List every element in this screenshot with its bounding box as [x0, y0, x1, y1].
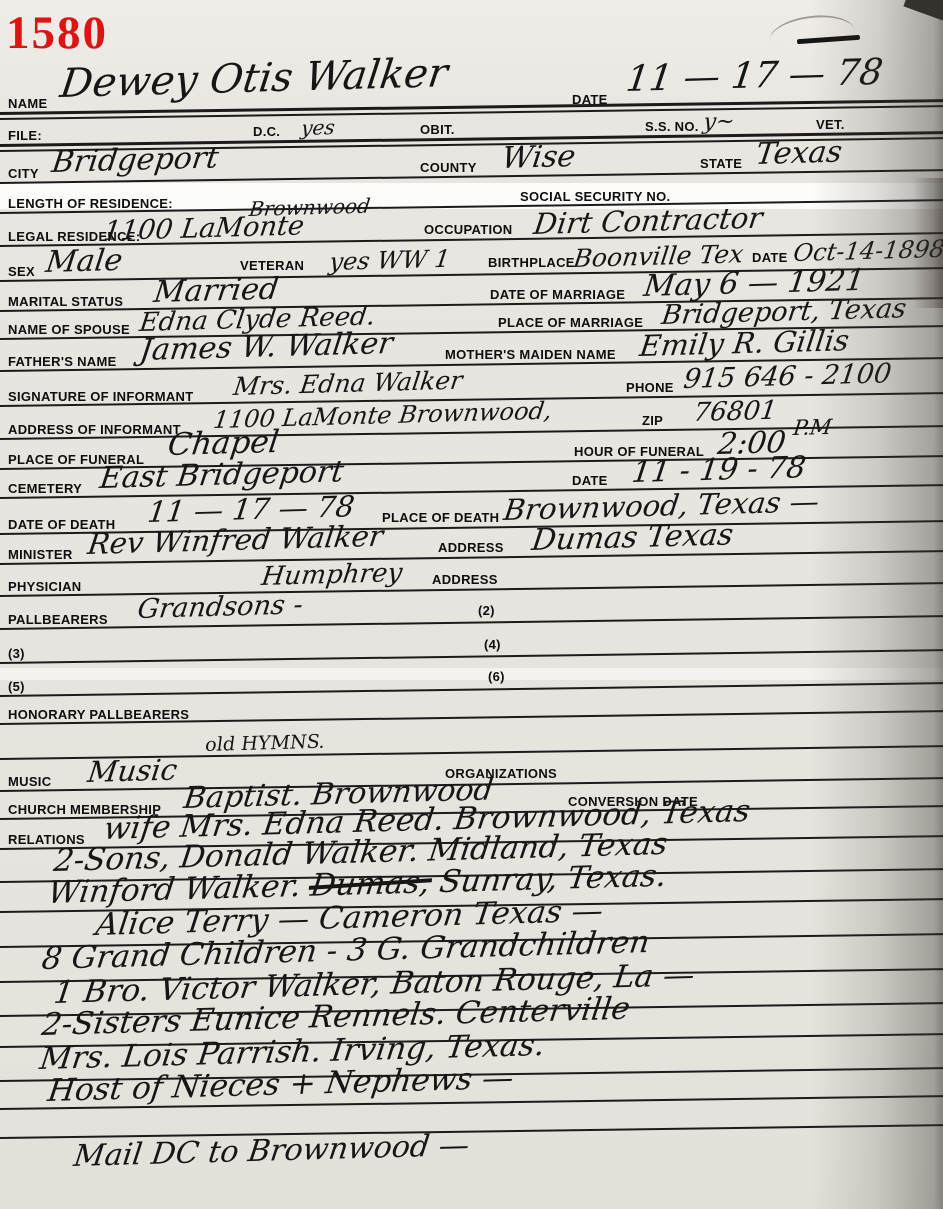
cemetery-value: East Bridgeport [98, 457, 345, 494]
pallbearer-4-label: (4) [484, 637, 501, 652]
physician-value: Humphrey [260, 560, 404, 590]
place-of-death-label: PLACE OF DEATH [382, 510, 499, 525]
veteran-value: yes WW 1 [328, 247, 452, 274]
county-value: Wise [500, 142, 577, 174]
marital-status-label: MARITAL STATUS [8, 294, 123, 309]
file-label: FILE: [8, 128, 42, 143]
birth-date-value: Oct-14-1898 [792, 237, 943, 265]
form-body: NAME Dewey Otis Walker DATE 11 — 17 — 78… [0, 0, 943, 1209]
phone-label: PHONE [626, 380, 674, 395]
birth-date-label: DATE [752, 250, 788, 265]
phone-value: 915 646 - 2100 [682, 360, 893, 393]
address-of-informant-label: ADDRESS OF INFORMANT [8, 422, 181, 437]
zip-label: ZIP [642, 413, 663, 428]
legal-residence-annotation: Brownwood [248, 196, 371, 219]
name-label: NAME [8, 96, 47, 111]
pallbearer-2-label: (2) [478, 603, 495, 618]
mothers-maiden-name-label: MOTHER'S MAIDEN NAME [445, 347, 616, 362]
city-value: Bridgeport [50, 143, 220, 178]
place-of-marriage-label: PLACE OF MARRIAGE [498, 315, 643, 330]
pallbearer-6-label: (6) [488, 669, 505, 684]
hour-of-funeral-annotation: P.M [792, 417, 833, 439]
name-of-spouse-label: NAME OF SPOUSE [8, 322, 130, 337]
pallbearer-3-label: (3) [8, 646, 25, 661]
zip-value: 76801 [692, 398, 778, 426]
sex-value: Male [44, 246, 124, 278]
funeral-date-value: 11 - 19 - 78 [630, 453, 808, 488]
pallbearers-label: PALLBEARERS [8, 612, 108, 627]
date-label: DATE [572, 92, 608, 107]
minister-address-label: ADDRESS [438, 540, 504, 555]
signature-of-informant-value: Mrs. Edna Walker [232, 368, 464, 399]
vet-label: VET. [816, 117, 845, 132]
pallbearers-value: Grandsons - [136, 591, 304, 623]
date-of-marriage-label: DATE OF MARRIAGE [490, 287, 625, 302]
record-number: 1580 [6, 6, 108, 60]
sex-label: SEX [8, 264, 35, 279]
music-annotation: old HYMNS. [204, 733, 326, 755]
obit-label: OBIT. [420, 122, 455, 137]
honorary-pallbearers-label: HONORARY PALLBEARERS [8, 707, 189, 722]
music-value: Music [86, 756, 179, 787]
cemetery-label: CEMETERY [8, 481, 82, 496]
footer-note: Mail DC to Brownwood — [72, 1131, 471, 1172]
city-label: CITY [8, 166, 39, 181]
state-value: Texas [754, 138, 844, 170]
name-value: Dewey Otis Walker [58, 53, 450, 104]
fathers-name-label: FATHER'S NAME [8, 354, 117, 369]
veteran-label: VETERAN [240, 258, 304, 273]
rule-line [0, 649, 943, 664]
pallbearer-5-label: (5) [8, 679, 25, 694]
occupation-label: OCCUPATION [424, 222, 512, 237]
dc-value: yes [300, 117, 336, 138]
length-of-residence-label: LENGTH OF RESIDENCE: [8, 196, 173, 211]
date-value: 11 — 17 — 78 [624, 55, 885, 98]
music-label: MUSIC [8, 774, 51, 789]
signature-of-informant-label: SIGNATURE OF INFORMANT [8, 389, 193, 404]
ss-no-label: S.S. NO. [645, 119, 699, 134]
ss-no-value: y~ [702, 111, 736, 134]
state-label: STATE [700, 156, 742, 171]
physician-label: PHYSICIAN [8, 579, 82, 594]
place-of-marriage-value: Bridgeport, Texas [660, 295, 908, 329]
scanned-funeral-record: 1580 [0, 0, 943, 1209]
occupation-value: Dirt Contractor [532, 204, 764, 239]
rule-line [0, 682, 943, 697]
county-label: COUNTY [420, 160, 477, 175]
marital-status-value: Married [152, 275, 280, 308]
physician-address-label: ADDRESS [432, 572, 498, 587]
social-security-no-label: SOCIAL SECURITY NO. [520, 189, 670, 204]
funeral-date-label: DATE [572, 473, 608, 488]
dc-label: D.C. [253, 124, 280, 139]
minister-label: MINISTER [8, 547, 73, 562]
minister-address-value: Dumas Texas [530, 520, 735, 556]
mothers-maiden-name-value: Emily R. Gillis [638, 326, 851, 361]
birthplace-label: BIRTHPLACE [488, 255, 575, 270]
fathers-name-value: James W. Walker [138, 329, 395, 366]
minister-value: Rev Winfred Walker [86, 522, 385, 559]
